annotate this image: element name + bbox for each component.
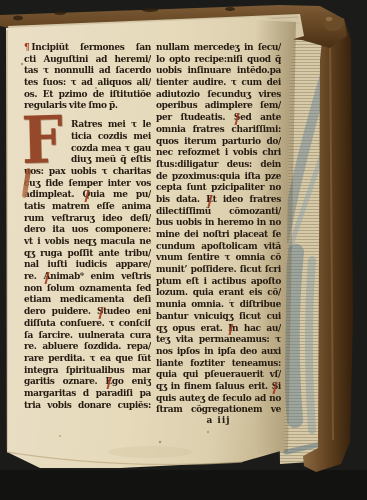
text-line: qʒ in finem ſaluus erit. Si <box>156 382 281 394</box>
text-line: nullam mercedeʒ in ſecu/ <box>156 43 281 55</box>
text-line: ticia cozdis mei <box>71 132 151 144</box>
text-line: munia omnia. τ diſtribue <box>156 300 281 312</box>
text-line: uobis inſinuare intẽdo.pa <box>156 66 281 78</box>
text-line: bis data. Et ideo fratres <box>156 195 281 207</box>
text-line: cti Auguſtini ad heremi/ <box>24 55 151 67</box>
text-line: re. abluere ſozdida. repa/ <box>24 342 151 354</box>
text-line: diuʒ meũ q̃ eſtis <box>71 155 151 167</box>
rubricated-capital: Q <box>82 190 90 202</box>
text-line: adiutozio ſecunduʒ vires <box>156 90 281 102</box>
text-line: quis auteʒ de ſeculo ad no <box>156 394 281 406</box>
illuminated-initial: F <box>21 106 68 196</box>
text-line: quos iterum parturio do/ <box>156 137 281 149</box>
text-line: diſſuta conſuere. τ conſciſ <box>24 319 151 331</box>
rubricated-capital: A <box>43 272 50 284</box>
text-line: munit’ poſſidere. ſicut ſcri <box>156 265 281 277</box>
page-text-layer: ¶Incipiũt ſermones ſancti Auguſtini ad h… <box>0 0 367 500</box>
text-line: omnia fratres chariſſimi: <box>156 125 281 137</box>
text-line: tria vobis donare cupiẽs: <box>24 401 151 413</box>
text-line: teʒ vita permaneamus: τ <box>156 335 281 347</box>
rubricated-capital: I <box>228 324 232 336</box>
book-photograph: ¶Incipiũt ſermones ſancti Auguſtini ad h… <box>0 0 367 500</box>
text-line: margaritas d̃ paradiſi pa <box>24 389 151 401</box>
text-line: bantur vnicuiqʒ ſicut cui <box>156 312 281 324</box>
text-line: per ſtudeatis. Sed ante <box>156 113 281 125</box>
text-line: quia qui pſeuerauerit vſ/ <box>156 370 281 382</box>
text-line: tienter audire. τ cum dei <box>156 78 281 90</box>
rubricated-capital: E <box>105 377 112 389</box>
text-line: ¶Incipiũt ſermones ſan <box>24 43 151 55</box>
text-line: os. Et pzimo de iſtitutiõe <box>24 90 151 102</box>
text-line: dilectiſſimũ cõmozanti/ <box>156 207 281 219</box>
text-line: de pzoximus:quia iſta pze <box>156 172 281 184</box>
text-line: ſa ſarcire. uulnerata cura <box>24 331 151 343</box>
text-line: mine dei noſtri placeat ſe <box>156 230 281 242</box>
text-line: tas τ nonnulli ad ſacerdo <box>24 66 151 78</box>
text-line: nec refozmet i vobis chri <box>156 148 281 160</box>
rubricated-capital: S <box>97 307 103 319</box>
text-line: non ſolum oznamenta ſed <box>24 284 151 296</box>
text-line: nos ipſos in ipſa deo auxi <box>156 347 281 359</box>
text-line: re. Animab⁹ enim veſtris <box>24 272 151 284</box>
text-line: dero puidere. Studeo eni <box>24 307 151 319</box>
text-line: qʒ ruga poſſit ante tribu/ <box>24 249 151 261</box>
rubricated-capital: S <box>234 113 240 125</box>
initial-letter: F <box>21 105 70 176</box>
text-line: rare perdita. τ ea que ſũt <box>24 354 151 366</box>
text-line: dero ita uos componere: <box>24 225 151 237</box>
text-line: cepta ſunt pzicipaliter no <box>156 183 281 195</box>
rubric-paragraph-mark: ¶ <box>24 43 31 53</box>
text-line: vt i vobis neqʒ macula ne <box>24 237 151 249</box>
rubricated-capital: E <box>206 195 213 207</box>
text-line: tatis matrem eſſe anima <box>24 202 151 214</box>
rubricated-capital: S <box>272 382 278 394</box>
text-line: bus uobis in heremo in no <box>156 218 281 230</box>
text-line: tes ſuos: τ ad aliquos ali/ <box>24 78 151 90</box>
text-line: Ratres mei τ le <box>71 120 151 132</box>
text-line: garitis oznare. Ego eniʒ <box>24 377 151 389</box>
text-column-left: ¶Incipiũt ſermones ſancti Auguſtini ad h… <box>24 43 151 412</box>
text-line: lo opto recipe:niſi quod q̃ <box>156 55 281 67</box>
quire-signature: a iij <box>156 416 281 426</box>
text-line: etiam medicamenta deſi <box>24 295 151 307</box>
text-line: integra ſpiritualibus mar <box>24 366 151 378</box>
text-line: nal iuſti iudicis appare/ <box>24 260 151 272</box>
text-line: ptum eſt i actibus apoſto <box>156 277 281 289</box>
text-line: lozum. quia erant eis cõ/ <box>156 288 281 300</box>
text-line: ſtus:diligatur deus: dein <box>156 160 281 172</box>
text-line: liante foztiter teneamus: <box>156 359 281 371</box>
text-line: cozda mea τ gau <box>71 144 151 156</box>
text-column-right: nullam mercedeʒ in ſecu/lo opto recipe:n… <box>156 43 281 417</box>
text-line: operibus adimplere ſem/ <box>156 101 281 113</box>
text-line: qʒ opus erat. In hac au/ <box>156 324 281 336</box>
text-line: vnum ſentire τ omnia cõ <box>156 253 281 265</box>
text-line: rum veſtraruʒ ideo deſi/ <box>24 214 151 226</box>
text-line: cundum apoſtolicam vitã <box>156 242 281 254</box>
